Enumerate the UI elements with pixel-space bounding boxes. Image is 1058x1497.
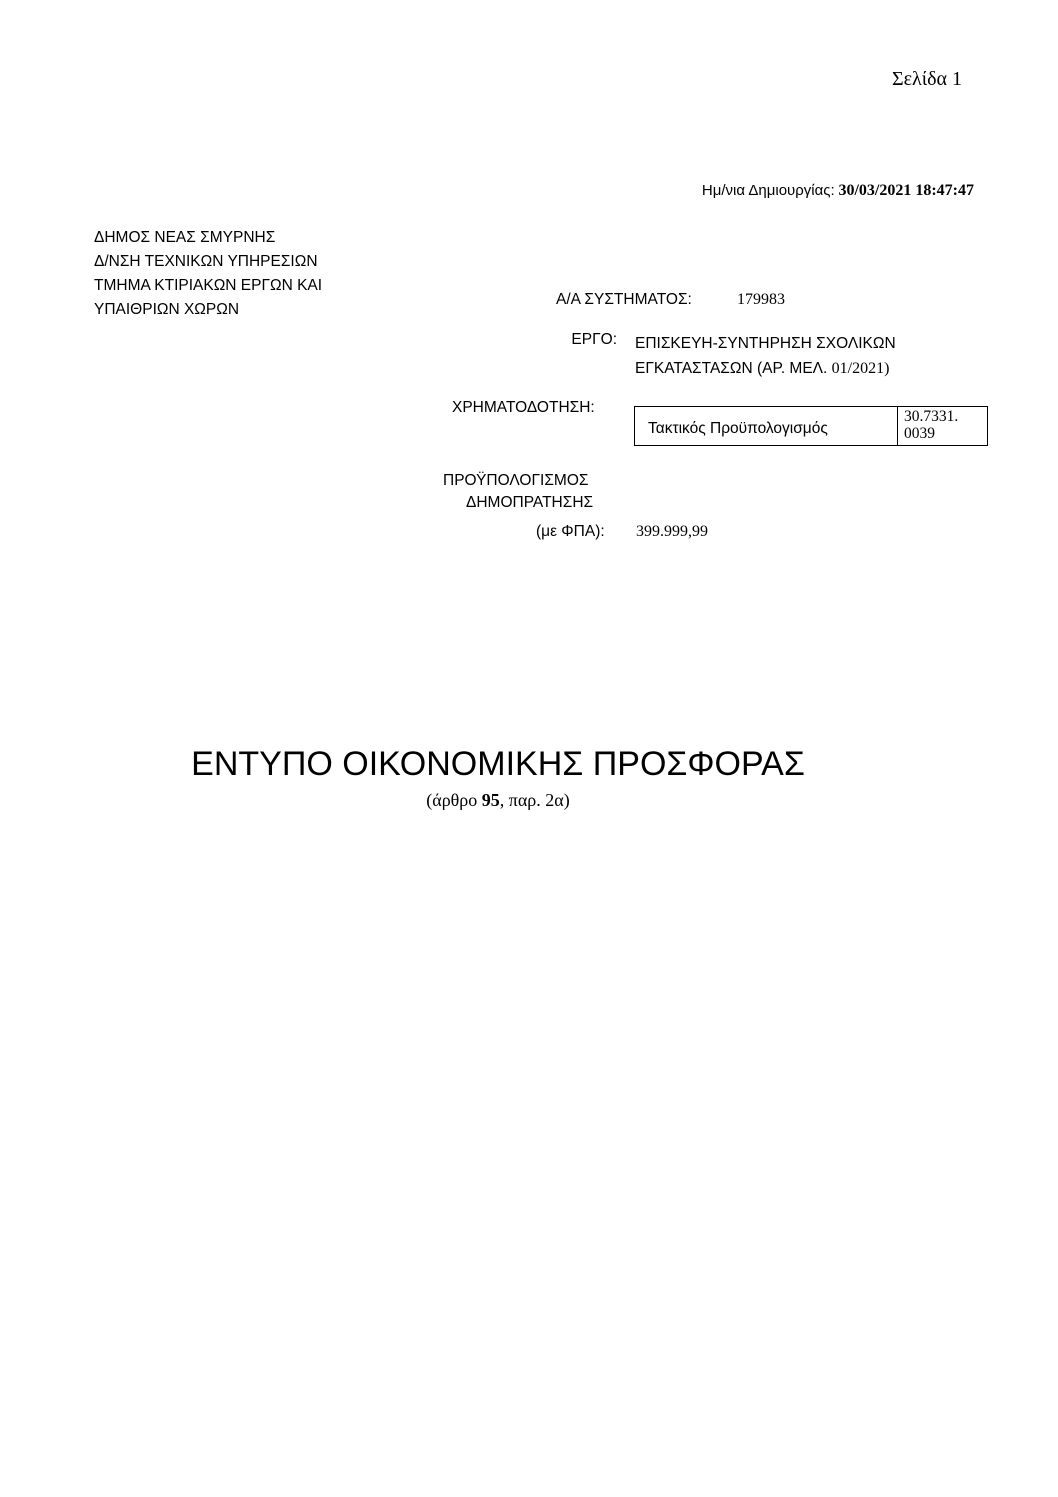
organization-block: ΔΗΜΟΣ ΝΕΑΣ ΣΜΥΡΝΗΣ Δ/ΝΣΗ ΤΕΧΝΙΚΩΝ ΥΠΗΡΕΣ… (94, 226, 322, 322)
budget-label-line-2: ΔΗΜΟΠΡΑΤΗΣΗΣ (466, 494, 593, 512)
budget-label-line-3: (με ΦΠΑ): (536, 523, 605, 541)
organization-line: ΥΠΑΙΘΡΙΩΝ ΧΩΡΩΝ (94, 298, 322, 322)
system-id-label: Α/Α ΣΥΣΤΗΜΑΤΟΣ: (556, 291, 692, 309)
project-line-1: ΕΠΙΣΚΕΥΗ-ΣΥΝΤΗΡΗΣΗ ΣΧΟΛΙΚΩΝ (635, 331, 896, 356)
funding-code: 30.7331. 0039 (898, 407, 987, 445)
funding-label: ΧΡΗΜΑΤΟΔΟΤΗΣΗ: (452, 399, 595, 417)
project-line-2-text: ΕΓΚΑΤΑΣΤΑΣΩΝ (ΑΡ. ΜΕΛ. (635, 360, 832, 377)
project-label: ΕΡΓΟ: (561, 331, 617, 349)
organization-line: ΤΜΗΜΑ ΚΤΙΡΙΑΚΩΝ ΕΡΓΩΝ ΚΑΙ (94, 274, 322, 298)
document-subtitle: (άρθρο 95, παρ. 2α) (0, 790, 996, 811)
subtitle-pre: (άρθρο (426, 790, 482, 810)
organization-line: ΔΗΜΟΣ ΝΕΑΣ ΣΜΥΡΝΗΣ (94, 226, 322, 250)
funding-source: Τακτικός Προϋπολογισμός (635, 407, 898, 445)
organization-line: Δ/ΝΣΗ ΤΕΧΝΙΚΩΝ ΥΠΗΡΕΣΙΩΝ (94, 250, 322, 274)
page-number: Σελίδα 1 (892, 68, 962, 91)
funding-code-line-2: 0039 (904, 425, 987, 442)
project-line-2: ΕΓΚΑΤΑΣΤΑΣΩΝ (ΑΡ. ΜΕΛ. 01/2021) (635, 356, 896, 381)
subtitle-post: , παρ. 2α) (500, 790, 570, 810)
document-title: ΕΝΤΥΠΟ ΟΙΚΟΝΟΜΙΚΗΣ ΠΡΟΣΦΟΡΑΣ (0, 745, 996, 784)
system-id-value: 179983 (737, 291, 785, 309)
funding-code-line-1: 30.7331. (904, 408, 987, 425)
subtitle-article-number: 95 (482, 790, 500, 810)
project-value: ΕΠΙΣΚΕΥΗ-ΣΥΝΤΗΡΗΣΗ ΣΧΟΛΙΚΩΝ ΕΓΚΑΤΑΣΤΑΣΩΝ… (635, 331, 896, 381)
project-line-2-number: 01/2021) (832, 360, 890, 377)
budget-label-line-1: ΠΡΟΫΠΟΛΟΓΙΣΜΟΣ (443, 472, 588, 490)
creation-date-label: Ημ/νια Δημιουργίας: (702, 182, 835, 199)
creation-date-value: 30/03/2021 18:47:47 (838, 182, 974, 199)
funding-table: Τακτικός Προϋπολογισμός 30.7331. 0039 (634, 406, 988, 446)
creation-date: Ημ/νια Δημιουργίας: 30/03/2021 18:47:47 (702, 182, 974, 200)
budget-value: 399.999,99 (636, 523, 708, 541)
